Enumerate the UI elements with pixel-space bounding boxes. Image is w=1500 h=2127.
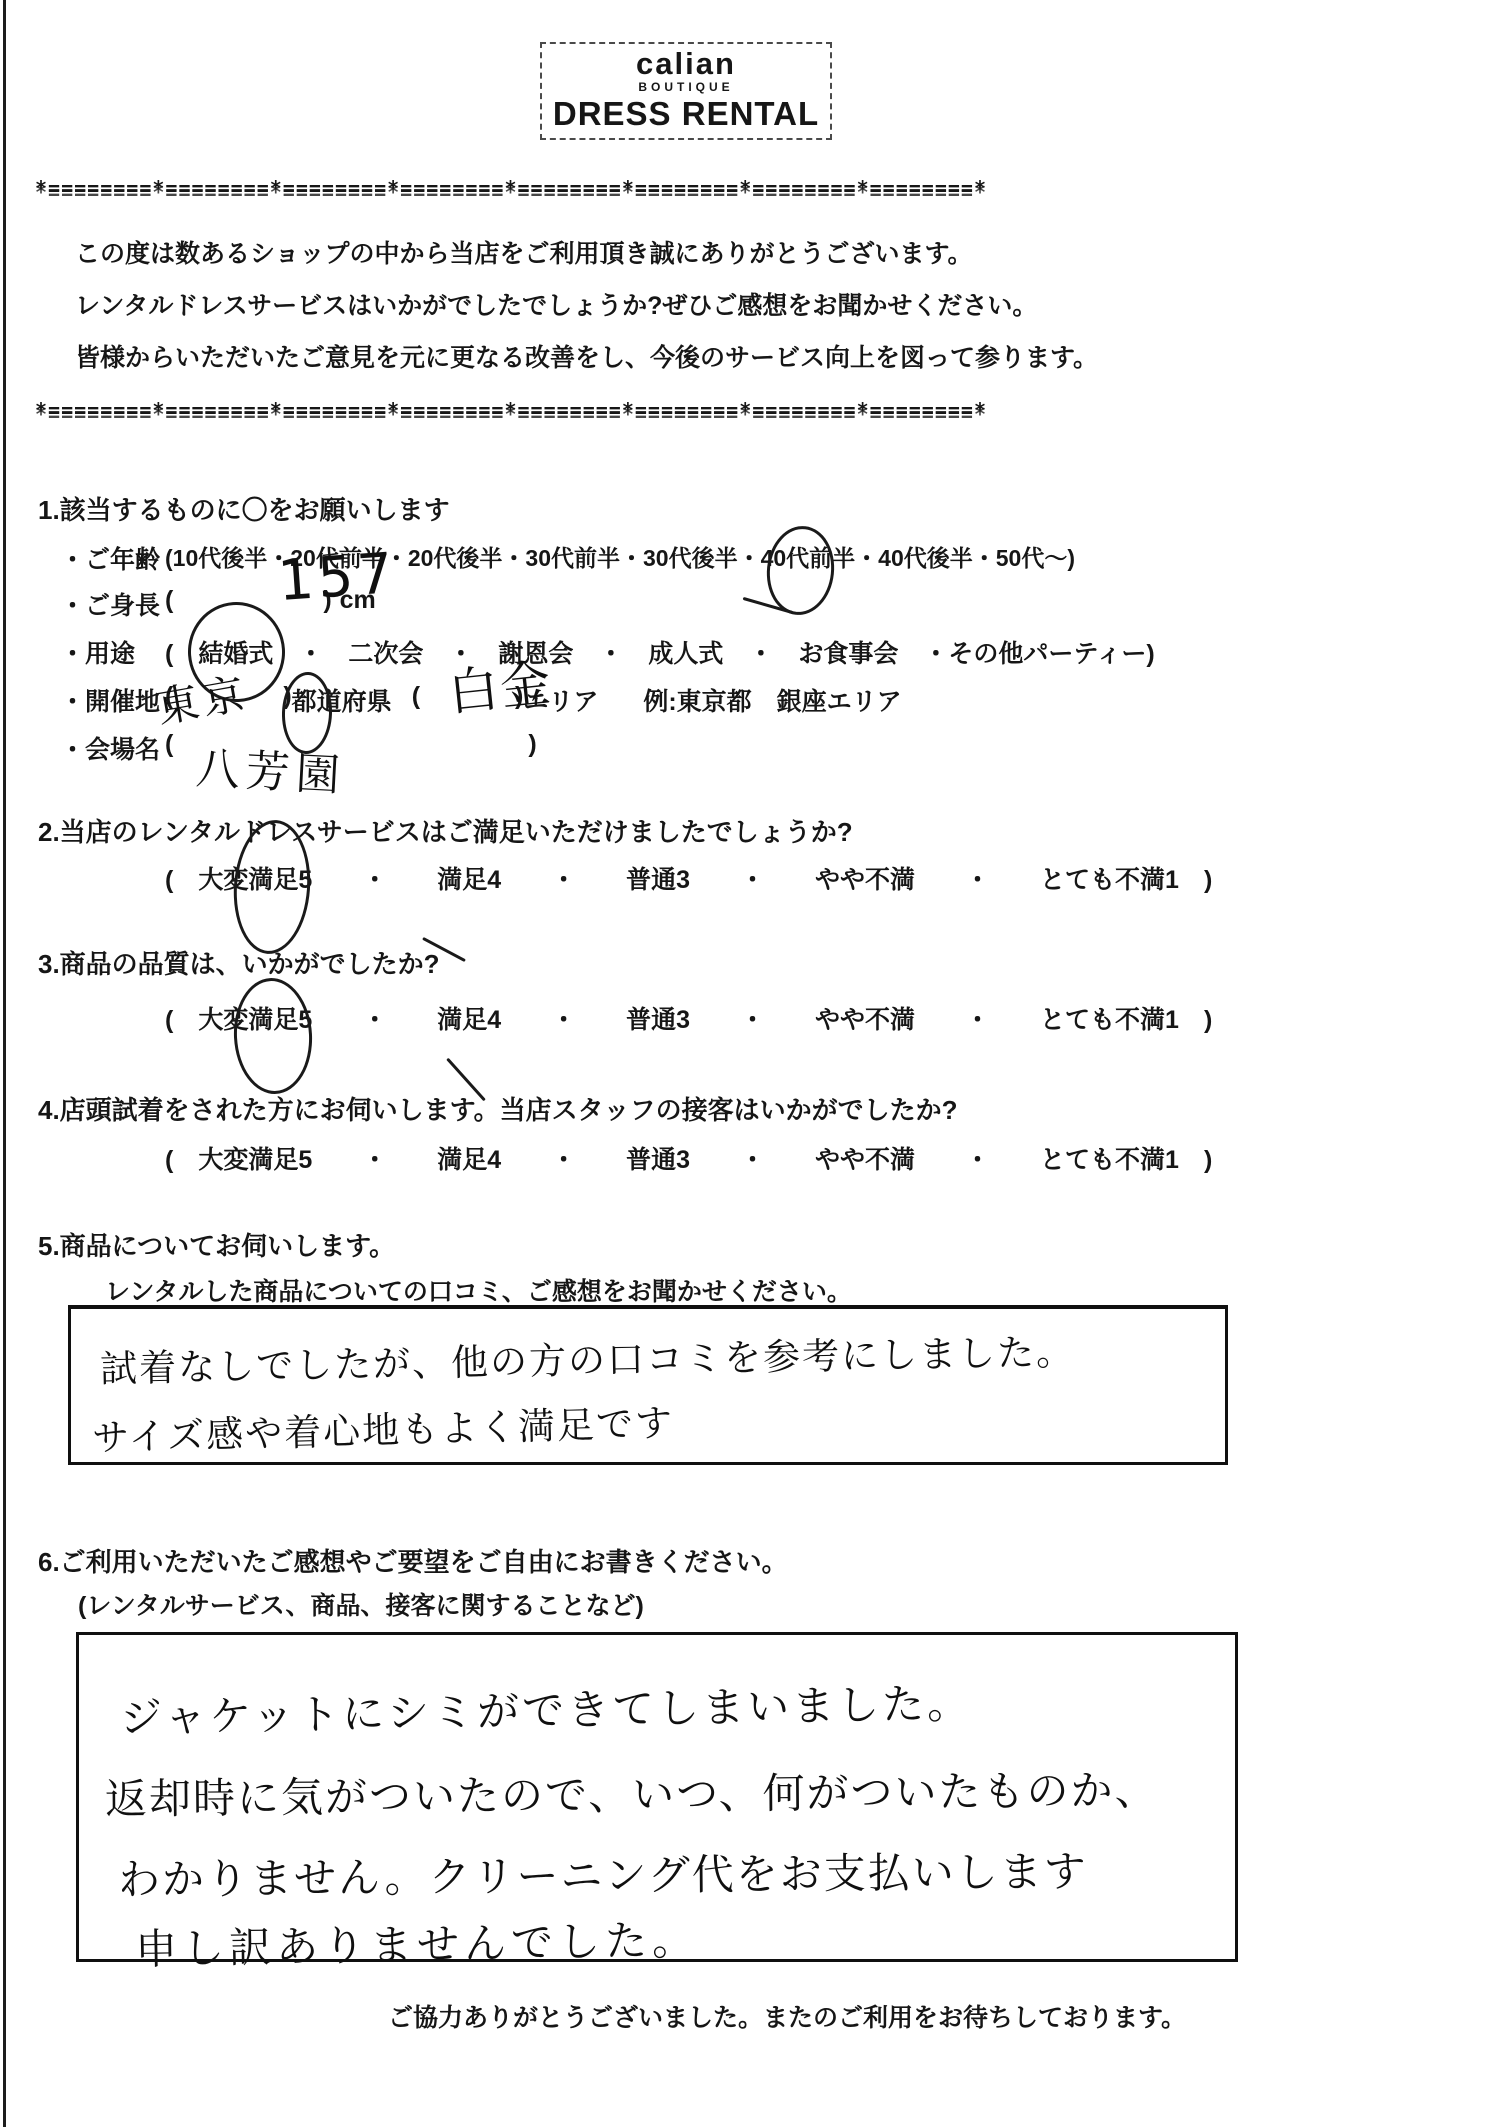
q1-place-close-paren-1: ) <box>283 682 291 711</box>
q1-age-options-post: ・40代後半・50代〜) <box>855 545 1075 571</box>
question4-heading: 4.店頭試着をされた方にお伺いします。当店スタッフの接客はいかがでしたか? <box>38 1090 958 1127</box>
q1-venue-label: ・会場名 <box>60 730 165 766</box>
divider-top: *========*========*========*========*===… <box>35 176 1195 200</box>
q1-place-example-text: 例:東京都 銀座エリア <box>643 682 901 718</box>
question5-heading: 5.商品についてお伺いします。 <box>38 1226 395 1263</box>
handwritten-venue-value: 八芳園 <box>194 732 347 804</box>
logo-sub-text: BOUTIQUE <box>542 80 830 94</box>
handwritten-area-value: 白金 <box>445 643 556 725</box>
handwritten-prefecture-value: 東京 <box>151 660 252 735</box>
q1-place-label: ・開催地 <box>60 682 165 718</box>
logo-brand-text: calian <box>542 48 830 80</box>
question3-heading: 3.商品の品質は、いかがでしたか? <box>38 944 440 981</box>
closing-message: ご協力ありがとうございました。またのご利用をお待ちしております。 <box>388 1998 1186 2034</box>
question1-heading: 1.該当するものに〇をお願いします <box>38 490 450 527</box>
q1-purpose-label: ・用途 <box>60 634 165 670</box>
logo-title-text: DRESS RENTAL <box>542 94 830 134</box>
q1-place-circled-prefecture-char: 都 <box>292 682 317 718</box>
q6-handwritten-line-4: 申し訳ありませんでした。 <box>135 1907 700 1977</box>
q1-age-options-pre: (10代後半・20代前半・20代後半・30代前半・30代後半・ <box>165 545 761 571</box>
question2-heading: 2.当店のレンタルドレスサービスはご満足いただけましたでしょうか? <box>38 812 853 849</box>
divider-bottom: *========*========*========*========*===… <box>35 398 1195 422</box>
q3-options-pre: ( 大変 <box>165 1006 248 1034</box>
q2-options-post: 5 ・ 満足4 ・ 普通3 ・ やや不満 ・ とても不満1 ) <box>298 866 1212 894</box>
scan-artifact-line <box>3 0 6 2127</box>
question5-subtext: レンタルした商品についての口コミ、ご感想をお聞かせください。 <box>105 1272 852 1308</box>
q3-options-post: 5 ・ 満足4 ・ 普通3 ・ やや不満 ・ とても不満1 ) <box>298 1006 1212 1034</box>
intro-line-3: 皆様からいただいたご意見を元に更なる改善をし、今後のサービス向上を図って参ります… <box>75 332 1098 384</box>
q3-options-row: ( 大変満足5 ・ 満足4 ・ 普通3 ・ やや不満 ・ とても不満1 ) <box>165 1000 1212 1036</box>
q1-age-circled-option: 40代前半 <box>761 540 856 573</box>
intro-line-2: レンタルドレスサービスはいかがでしたでしょうか?ぜひご感想をお聞かせください。 <box>75 280 1098 332</box>
q1-age-label: ・ご年齢 <box>60 540 165 576</box>
q2-circled-option: 満足 <box>248 860 298 896</box>
q2-options-pre: ( 大変 <box>165 866 248 894</box>
scanned-survey-form: calian BOUTIQUE DRESS RENTAL *========*=… <box>0 0 1500 2127</box>
intro-paragraph: この度は数あるショップの中から当店をご利用頂き誠にありがとうございます。 レンタ… <box>75 228 1098 384</box>
question6-heading: 6.ご利用いただいたご感想やご要望をご自由にお書きください。 <box>38 1542 788 1579</box>
q3-circled-option: 満足 <box>248 1000 298 1036</box>
q1-height-label: ・ご身長 <box>60 586 165 622</box>
question6-subtext: (レンタルサービス、商品、接客に関することなど) <box>78 1586 644 1622</box>
q1-purpose-open-paren: ( <box>165 634 198 670</box>
q1-place-open-paren-2: ( <box>412 682 420 711</box>
q2-options-row: ( 大変満足5 ・ 満足4 ・ 普通3 ・ やや不満 ・ とても不満1 ) <box>165 860 1212 896</box>
q1-venue-close-paren: ) <box>528 730 536 759</box>
handwritten-height-value: 157 <box>276 541 399 614</box>
q6-handwritten-line-3: わかりません。クリーニング代をお支払いします <box>118 1839 1088 1907</box>
q4-options-row: ( 大変満足5 ・ 満足4 ・ 普通3 ・ やや不満 ・ とても不満1 ) <box>165 1140 1212 1176</box>
pen-stroke <box>743 597 794 614</box>
q1-place-prefecture-text: 道府県 <box>317 682 392 718</box>
q6-handwritten-line-2: 返却時に気がついたので、いつ、何がついたものか、 <box>105 1757 1159 1826</box>
q1-purpose-options-post: ・ 二次会 ・ 謝恩会 ・ 成人式 ・ お食事会 ・その他パーティー) <box>273 634 1154 670</box>
q1-age-row: ・ご年齢 (10代後半・20代前半・20代後半・30代前半・30代後半・40代前… <box>60 540 1075 576</box>
q1-height-open-paren: ( <box>165 586 173 615</box>
intro-line-1: この度は数あるショップの中から当店をご利用頂き誠にありがとうございます。 <box>75 228 1098 280</box>
shop-logo: calian BOUTIQUE DRESS RENTAL <box>540 42 832 140</box>
